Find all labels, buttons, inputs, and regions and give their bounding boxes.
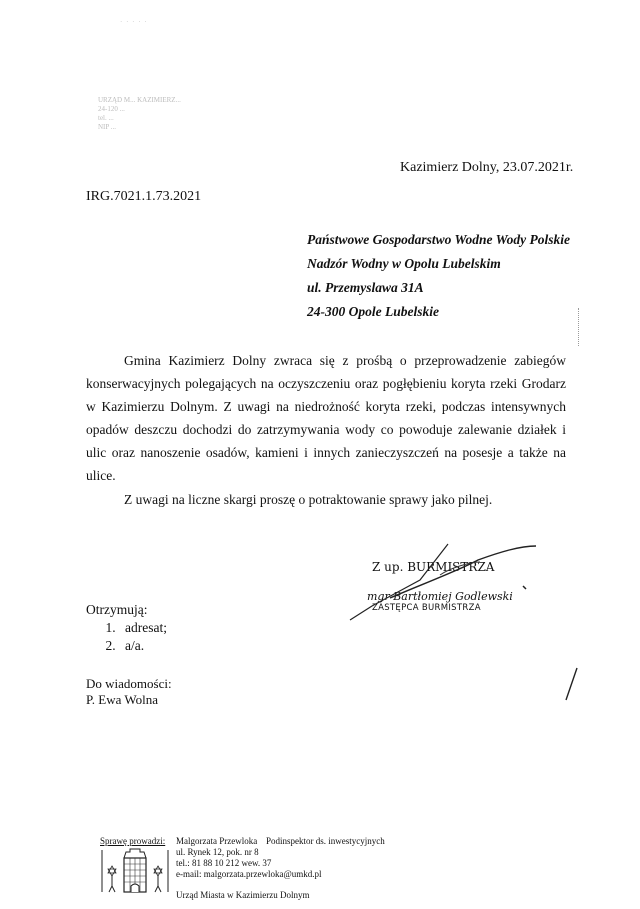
cc-block: Do wiadomości: P. Ewa Wolna xyxy=(86,676,172,708)
cc-heading: Do wiadomości: xyxy=(86,676,172,692)
recipients-heading: Otrzymują: xyxy=(86,601,167,619)
footer-label: Sprawę prowadzi: xyxy=(100,836,165,847)
recipient-item: a/a. xyxy=(119,637,167,655)
footer-phone: tel.: 81 88 10 212 wew. 37 xyxy=(176,858,322,869)
footer-email: e-mail: malgorzata.przewloka@umkd.pl xyxy=(176,869,322,880)
handwritten-signature-icon xyxy=(0,0,640,909)
cc-name: P. Ewa Wolna xyxy=(86,692,172,708)
footer-office: Urząd Miasta w Kazimierzu Dolnym xyxy=(176,890,309,901)
footer-address: ul. Rynek 12, pok. nr 8 xyxy=(176,847,322,858)
recipients-list: Otrzymują: adresat; a/a. xyxy=(86,601,167,655)
recipient-item: adresat; xyxy=(119,619,167,637)
town-hall-crest-icon xyxy=(100,848,170,894)
footer-position: Podinspektor ds. inwestycyjnych xyxy=(266,836,385,847)
